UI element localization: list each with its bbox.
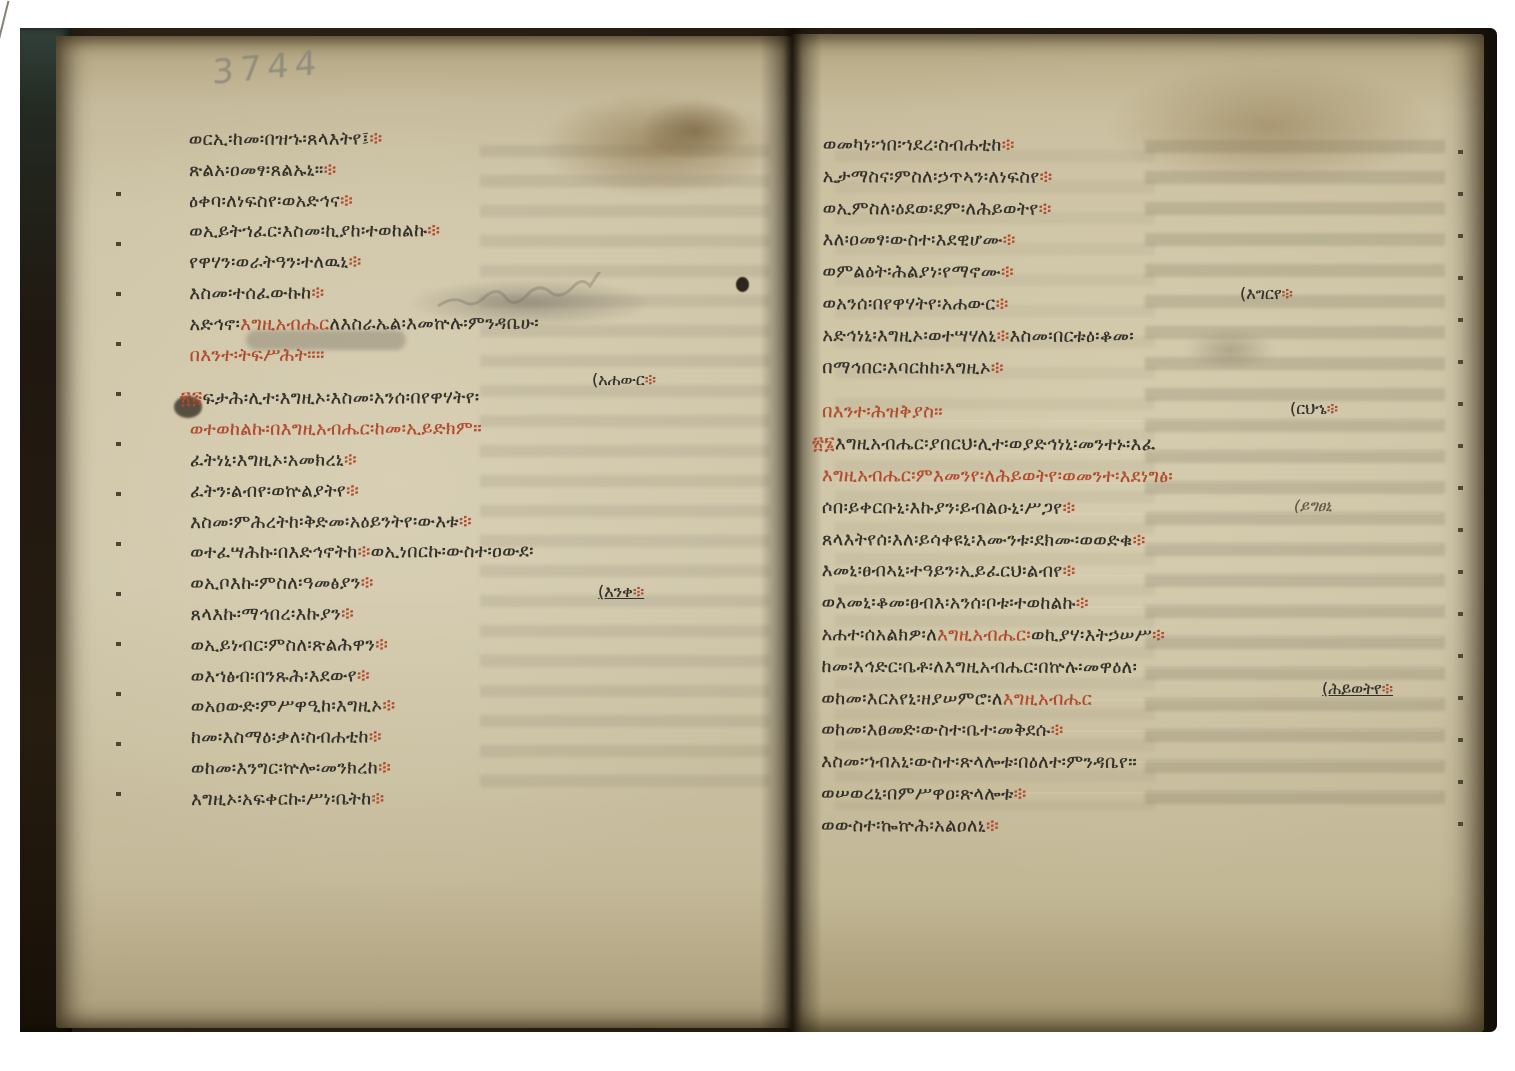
ink-text: (አሐውር [592,370,645,389]
marginal-catchword: (ርህኄ፨ [1290,399,1338,419]
ink-text: አድኅኖ፡ [189,314,240,335]
ink-text: ወአንሰ፡በየዋሃትየ፡አሐውር [822,293,995,314]
rubric-text: ፨ [358,542,371,563]
ink-text: ወአዐውድ፡ምሥዋዒከ፡እግዚኦ [191,696,383,718]
text-line: ወኢይትኀፈር፡እስመ፡ኪያከ፡ተወከልኩ፨ [189,215,799,248]
rubric-text: ፨ [991,357,1004,378]
rubric-text: ፨ [1063,561,1076,582]
ink-text: ወእመኒ፡ቆመ፡ፀብእ፡አንሰ፡ቦቱ፡ተወከልኩ [822,592,1076,614]
rubric-text: ፨ [361,573,374,594]
text-line: አድኅኖ፡እግዚአብሔርለእስራኤል፡እመኵሉ፡ምንዳቤሁ፡ [189,308,799,341]
rubric-text: ፨ [633,582,644,601]
rubric-text: ፨ [645,370,656,389]
text-line: ወከመ፡እፀመድ፡ውስተ፡ቤተ፡መቅደሱ፨ [821,715,1461,748]
text-line: ከመ፡እስማዕ፡ቃለ፡ስብሐቲከ፨ [191,721,801,754]
rubric-text: ፨ [378,757,391,778]
text-line: ዕቀባ፡ለነፍስየ፡ወአድኅና፨ [189,185,799,218]
text-line: እስመ፡ኀብአኒ፡ውስተ፡ጽላሎቱ፡በዕለተ፡ምንዳቤየ። [821,746,1461,779]
rubric-text: ፨ [369,128,382,149]
text-line: ወርኢ፡ከመ፡በዝኁ፡ጸላእትየ፤፨ [189,123,799,156]
rubric-text: በእንተ፡ትፍሥሕት።። [190,344,325,365]
ink-text: አሐተ፡ሰአልክዎ፡ለ [822,624,938,645]
ink-text: (ይግፀኒ [1294,497,1332,515]
ink-text: እስመ፡ተሰፈውኩከ [189,283,311,304]
ink-text: እመኒ፡ፀብኣኒ፡ተዓይን፡ኢይፈርህ፡ልብየ [822,561,1063,583]
rubric-text: ፨ [1040,167,1053,188]
ink-text: ወከመ፡እርአየኒ፡ዘያሠምሮ፡ለ [821,688,1002,709]
rubric-text: ፨ [369,727,382,748]
text-line: ወውስተ፡ኰኵሕ፡አልዐለኒ፨ [821,810,1461,843]
text-line: ወኢምስለ፡ዕደወ፡ደም፡ለሕይወትየ፨ [823,193,1463,226]
ink-text: ፈትን፡ልብየ፡ወኵልያትየ [190,480,346,502]
rubric-text: ፨ [371,788,384,809]
text-line: ወአዐውድ፡ምሥዋዒከ፡እግዚኦ፨ [191,690,801,723]
text-line: ወመካነ፡ኀበ፡ኀደረ፡ስብሐቲከ፨ [823,129,1463,162]
ink-text: ጸላእትየሰ፡እለ፡ይሳቀዩኒ፡እሙንቱ፡ደክሙ፡ወወድቁ [822,529,1133,551]
rubric-text: ፨ [341,603,354,624]
rubric-text: ፨ [344,449,357,470]
text-line: ወኢይነብር፡ምስለ፡ጽልሕዋን፨ [191,629,801,662]
rubric-text: ፨ [1282,284,1293,303]
rubric-text: ፨ [1382,679,1393,698]
rubric-text: ፳፭ [180,388,203,409]
ink-text: እስመ፡ምሕረትከ፡ቅድመ፡አዕይንትየ፡ውእቱ [190,511,459,533]
text-line: ወተወከልኩ፡በእግዚአብሔር፡ከመ፡ኢይድክም። [190,413,800,446]
rubric-text: ፨ [324,159,337,180]
text-line: በእንተ፡ትፍሥሕት።። [190,339,800,372]
text-line: ፳፮እግዚአብሔር፡ያበርህ፡ሊተ፡ወያድኅነኒ፡መንተኑ፡እፈ [812,428,1462,461]
ink-text: ዕቀባ፡ለነፍስየ፡ወአድኅና [189,190,340,212]
marginal-catchword: (እንቀ፨ [598,582,644,602]
ink-text: ወኢነበርኩ፡ውስተ፡ዐውደ፡ [371,541,534,563]
ink-text: ወኢይነብር፡ምስለ፡ጽልሕዋን [191,634,376,656]
text-line: ወኢቦእኩ፡ምስለ፡ዓመፅያን፨ [190,567,800,600]
text-line: እግዚአብሔር፡ምእመንየ፡ለሕይወትየ፡ወመንተ፡እደነግፅ፡ [822,460,1462,493]
rubric-text: ፨ [1001,262,1014,283]
rubric-text: ፨ [1076,593,1089,614]
rubric-text: ፨ [997,325,1010,346]
ink-text: ወኢምስለ፡ዕደወ፡ደም፡ለሕይወትየ [823,198,1039,220]
text-line: የዋሃን፡ወራትዓን፡ተለዉኒ፨ [189,246,799,279]
right-page-text-column: ወመካነ፡ኀበ፡ኀደረ፡ስብሐቲከ፨ኢታማስና፡ምስለ፡ኃጥኣን፡ለነፍስየ፨ወ… [821,129,1463,843]
ink-text: ወርኢ፡ከመ፡በዝኁ፡ጸላእትየ፤ [189,128,370,150]
ink-text: (እንቀ [598,582,633,601]
rubric-text: እግዚአብሔር [240,313,329,334]
rubric-text: ፨ [1152,625,1165,646]
rubric-text: ፨ [1133,530,1146,551]
ink-text: ወሠወረኒ፡በምሥዋዐ፡ጽላሎቱ [821,783,1014,805]
ink-text: ወኢይትኀፈር፡እስመ፡ኪያከ፡ተወከልኩ [189,221,427,243]
text-line: እስመ፡ምሕረትከ፡ቅድመ፡አዕይንትየ፡ውእቱ፨ [190,505,800,538]
rubric-text: ፨ [996,294,1009,315]
text-line: አሐተ፡ሰአልክዎ፡ለእግዚአብሔር፡ወኪያሃ፡እትኃሠሥ፨ [822,619,1462,652]
rubric-text: ፳፮ [812,433,835,454]
text-line: እለ፡ዐመፃ፡ውስተ፡እደዊሆሙ፨ [823,225,1463,258]
text-line: ወአንሰ፡በየዋሃትየ፡አሐውር፨ [822,288,1462,321]
ink-text: ለእስራኤል፡እመኵሉ፡ምንዳቤሁ፡ [329,313,539,335]
ink-text: ከመ፡እስማዕ፡ቃለ፡ስብሐቲከ [191,727,369,749]
ink-text: (እግርየ [1240,284,1282,303]
text-line: ወእኀፅብ፡በንጹሕ፡እደውየ፨ [191,659,801,692]
rubric-text: እግዚአብሔር [1003,688,1092,709]
rubric-text: ፨ [986,815,999,836]
ink-text: በማኅበር፡እባርከከ፡እግዚኦ [822,357,991,378]
pen-slip-line [0,1,9,62]
ink-text: ኢታማስና፡ምስለ፡ኃጥኣን፡ለነፍስየ [823,166,1040,188]
ink-text: እስመ፡በርቱዕ፡ቆመ፡ [1010,325,1134,346]
ink-text: (ርህኄ [1290,399,1327,418]
rubric-text: እግዚአብሔር፡ምእመንየ፡ለሕይወትየ፡ወመንተ፡እደነግፅ፡ [822,465,1173,487]
text-line: ጸላእትየሰ፡እለ፡ይሳቀዩኒ፡እሙንቱ፡ደክሙ፡ወወድቁ፨ [822,524,1462,557]
ink-text: ወእኀፅብ፡በንጹሕ፡እደውየ [191,665,357,687]
left-page-text-column: ወርኢ፡ከመ፡በዝኁ፡ጸላእትየ፤፨ጽልአ፡ዐመፃ፡ጸልኡኒ።፨ዕቀባ፡ለነፍስ… [189,123,801,816]
rubric-text: ፨ [1002,135,1015,156]
ink-text: ወከመ፡እፀመድ፡ውስተ፡ቤተ፡መቅደሱ [821,720,1050,742]
text-line: ወምልዕት፡ሕልያነ፡የማኖሙ፨ [823,256,1463,289]
ink-text: እግዚኦ፡አፍቀርኩ፡ሥነ፡ቤትከ [191,788,371,810]
rubric-text: ፨ [1039,198,1052,219]
ink-text: ፈትነኒ፡እግዚኦ፡አመክረኒ [190,449,344,471]
marginal-catchword: (ሕይወትየ፨ [1322,679,1393,699]
rubric-text: ፨ [382,696,395,717]
rubric-text: ፨ [459,511,472,532]
ink-text: ጽልአ፡ዐመፃ፡ጸልኡኒ። [189,159,324,180]
text-line: ወሠወረኒ፡በምሥዋዐ፡ጽላሎቱ፨ [821,778,1461,811]
rubric-text: ፨ [349,252,362,273]
marginal-note-cursive: (ይግፀኒ [1294,497,1332,515]
text-line: ወተፈሣሕኩ፡በእድኅኖትከ፨ወኢነበርኩ፡ውስተ፡ዐውደ፡ [190,536,800,569]
text-line: ፈትነኒ፡እግዚኦ፡አመክረኒ፨ [190,444,800,477]
ink-text: ወከመ፡እንግር፡ኵሎ፡መንክረከ [191,757,378,779]
text-line: በማኅበር፡እባርከከ፡እግዚኦ፨ [822,352,1462,385]
marginal-catchword: (እግርየ፨ [1240,284,1293,304]
rubric-text: በእንተ፡ሕዝቅያስ። [822,402,943,423]
ink-text: እስመ፡ኀብአኒ፡ውስተ፡ጽላሎቱ፡በዕለተ፡ምንዳቤየ። [821,751,1137,773]
pricking-holes-left [116,192,121,802]
ink-text: የዋሃን፡ወራትዓን፡ተለዉኒ [189,252,348,274]
text-line: በእንተ፡ሕዝቅያስ። [822,397,1462,430]
text-line: አድኅነኒ፡እግዚኦ፡ወተሣሃለኒ፨እስመ፡በርቱዕ፡ቆመ፡ [822,320,1462,353]
rubric-text: ፨ [1003,230,1016,251]
text-line: ፈትን፡ልብየ፡ወኵልያትየ፨ [190,475,800,508]
ink-text: እግዚአብሔር፡ያበርህ፡ሊተ፡ወያድኅነኒ፡መንተኑ፡እፈ [835,433,1156,455]
text-line: እመኒ፡ፀብኣኒ፡ተዓይን፡ኢይፈርህ፡ልብየ፨ [822,556,1462,589]
ink-text: (ሕይወትየ [1322,679,1382,698]
text-line: ኢታማስና፡ምስለ፡ኃጥኣን፡ለነፍስየ፨ [823,161,1463,194]
ink-text: ወኪያሃ፡እትኃሠሥ [1031,625,1152,646]
ink-text: እለ፡ዐመፃ፡ውስተ፡እደዊሆሙ [823,230,1003,251]
ink-text: ጸላእኩ፡ማኅበረ፡እኩያን [190,603,341,625]
text-line: ፳፭ፍታሕ፡ሊተ፡እግዚኦ፡እስመ፡አንሰ፡በየዋሃትየ፡ [180,382,800,415]
rubric-text: ፨ [1051,720,1064,741]
text-line: ጸላእኩ፡ማኅበረ፡እኩያን፨ [190,598,800,631]
rubric-text: ፨ [1014,784,1027,805]
rubric-text: ፨ [1327,399,1338,418]
text-line: ጽልአ፡ዐመፃ፡ጸልኡኒ።፨ [189,154,799,187]
ink-text: አድኅነኒ፡እግዚኦ፡ወተሣሃለኒ [822,325,996,346]
ink-text: ወኢቦእኩ፡ምስለ፡ዓመፅያን [190,573,360,595]
rubric-text: ወተወከልኩ፡በእግዚአብሔር፡ከመ፡ኢይድክም። [190,418,482,440]
rubric-text: ፨ [1062,498,1075,519]
text-line: እግዚኦ፡አፍቀርኩ፡ሥነ፡ቤትከ፨ [191,783,801,816]
rubric-text: ፨ [346,480,359,501]
rubric-text: እግዚአብሔር፡ [937,624,1031,645]
text-line: ወከመ፡እንግር፡ኵሎ፡መንክረከ፨ [191,752,801,785]
text-line: ወእመኒ፡ቆመ፡ፀብእ፡አንሰ፡ቦቱ፡ተወከልኩ፨ [822,587,1462,620]
rubric-text: ፨ [340,190,353,211]
ink-text: ከመ፡እኅድር፡ቤቶ፡ለእግዚአብሔር፡በኵሉ፡መዋዕለ፡ [821,656,1137,678]
text-line: ሶበ፡ይቀርቡኒ፡እኩያን፡ይብልዑኒ፡ሥጋየ፨ [822,492,1462,525]
ink-text: ወምልዕት፡ሕልያነ፡የማኖሙ [823,261,1002,282]
ink-text: ወተፈሣሕኩ፡በእድኅኖትከ [190,542,357,564]
marginal-catchword: (አሐውር፨ [592,370,656,390]
rubric-text: ፨ [427,221,440,242]
rubric-text: ፨ [311,283,324,304]
text-line: እስመ፡ተሰፈውኩከ፨ [189,277,799,310]
manuscript-photograph: 3744 ወርኢ፡ከመ፡በዝኁ፡ጸላእትየ፤፨ጽልአ፡ዐመፃ፡ጸልኡኒ።፨ዕቀባ… [0,0,1515,1071]
ink-text: ሶበ፡ይቀርቡኒ፡እኩያን፡ይብልዑኒ፡ሥጋየ [822,497,1063,519]
rubric-text: ፨ [357,665,370,686]
ink-text: ፍታሕ፡ሊተ፡እግዚኦ፡እስመ፡አንሰ፡በየዋሃትየ፡ [202,387,479,409]
ink-text: ወውስተ፡ኰኵሕ፡አልዐለኒ [821,815,986,836]
ink-text: ወመካነ፡ኀበ፡ኀደረ፡ስብሐቲከ [823,134,1002,155]
rubric-text: ፨ [375,634,388,655]
